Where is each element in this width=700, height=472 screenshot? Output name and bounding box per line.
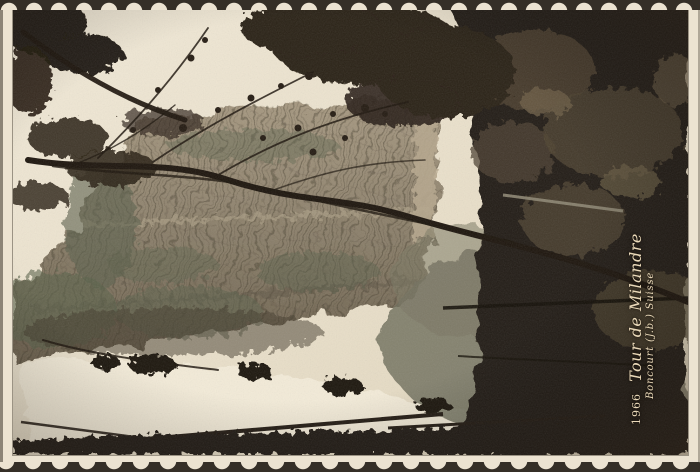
postcard: 1966 Tour de Milandre Boncourt (J.b.) Su… — [0, 4, 700, 468]
caption-title: Tour de Milandre — [626, 233, 645, 382]
photo-scene — [13, 10, 688, 455]
caption-line-1: 1966 Tour de Milandre — [628, 255, 645, 425]
deckle-edge-bottom — [0, 462, 700, 472]
photo-caption: 1966 Tour de Milandre Boncourt (J.b.) Su… — [628, 255, 676, 425]
deckle-edge-top — [0, 0, 700, 10]
vignette — [13, 10, 688, 455]
postcard-scan: 1966 Tour de Milandre Boncourt (J.b.) Su… — [0, 0, 700, 472]
card-left-edge — [0, 4, 3, 468]
caption-location: Boncourt (J.b.) Suisse — [646, 255, 657, 425]
tower-photograph: 1966 Tour de Milandre Boncourt (J.b.) Su… — [13, 10, 688, 455]
caption-year: 1966 — [630, 393, 643, 425]
